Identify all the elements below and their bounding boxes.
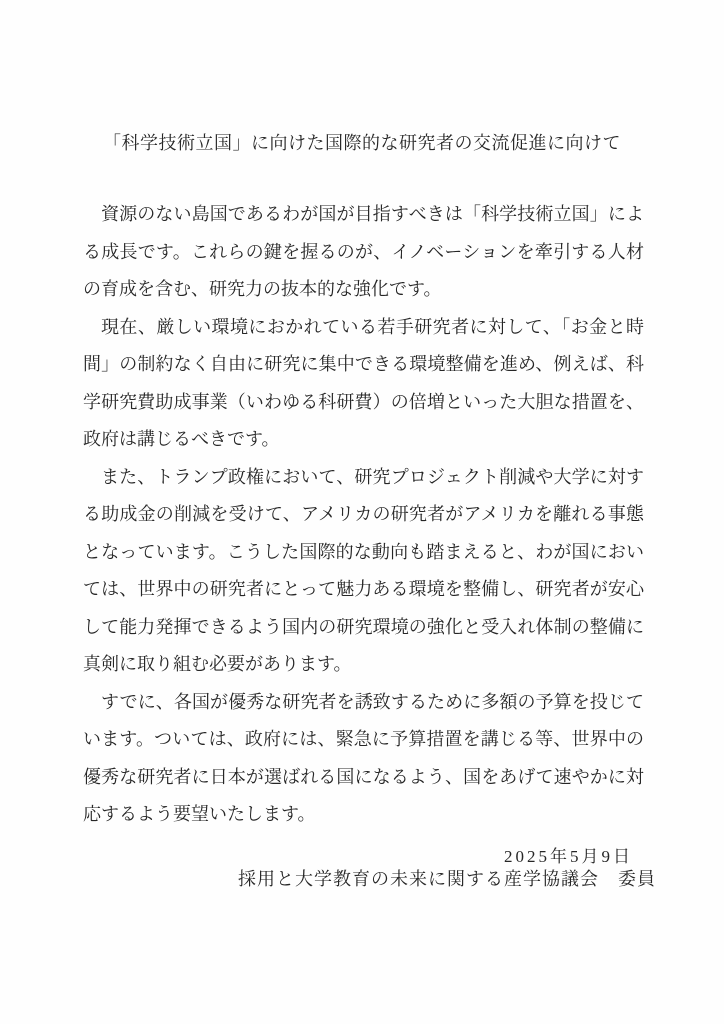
paragraph-2: 現在、厳しい環境におかれている若手研究者に対して、「お金と時間」の制約なく自由に… [83,309,644,459]
document-date: 2025年5月9日 [0,846,633,868]
paragraph-4: すでに、各国が優秀な研究者を誘致するために多額の予算を投じています。ついては、政… [83,684,644,834]
document-author: 採用と大学教育の未来に関する産学協議会 委員 [0,868,656,890]
paragraph-3: また、トランプ政権において、研究プロジェクト削減や大学に対する助成金の削減を受け… [83,459,644,684]
document-title: 「科学技術立国」に向けた国際的な研究者の交流促進に向けて [0,129,724,155]
paragraph-1: 資源のない島国であるわが国が目指すべきは「科学技術立国」による成長です。これらの… [83,196,644,309]
document-body: 資源のない島国であるわが国が目指すべきは「科学技術立国」による成長です。これらの… [83,196,644,834]
document-page: 「科学技術立国」に向けた国際的な研究者の交流促進に向けて 資源のない島国であるわ… [0,0,724,1024]
signoff-block: 2025年5月9日 採用と大学教育の未来に関する産学協議会 委員 [0,846,656,890]
